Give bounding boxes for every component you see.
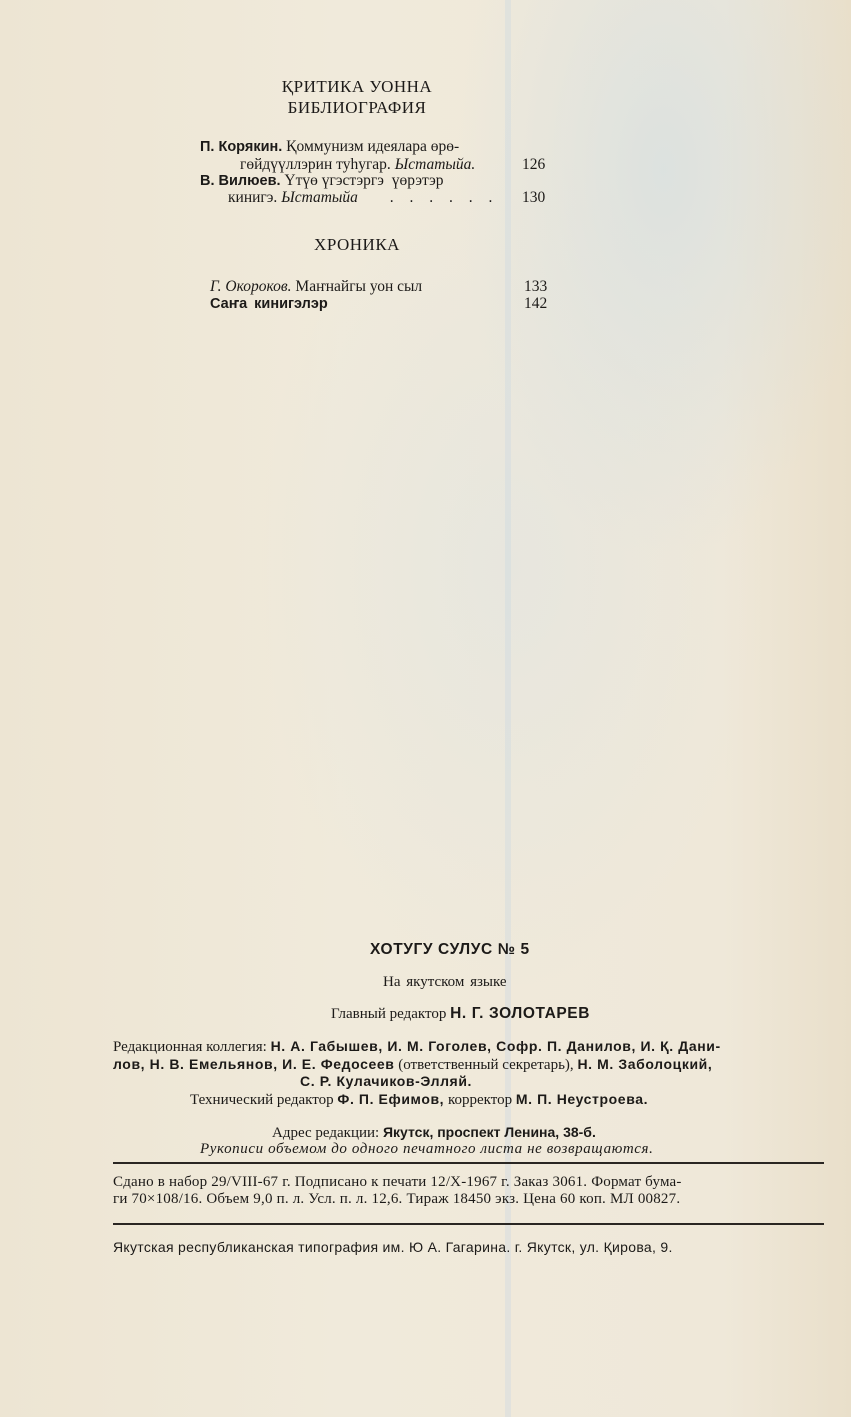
magazine-title: ХОТУГУ СУЛУС № 5 (370, 941, 530, 959)
toc-author: П. Корякин. (200, 139, 282, 155)
address-label: Адрес редакции: (272, 1125, 379, 1141)
chief-editor-line: Главный редактор Н. Г. ЗОЛОТАРЕВ (331, 1005, 590, 1023)
address-value: Якутск, проспект Ленина, 38-б. (383, 1124, 596, 1140)
section-heading-line2: БИБЛИОГРАФИЯ (232, 97, 482, 118)
print-info-line1: Сдано в набор 29/VIII-67 г. Подписано к … (113, 1174, 682, 1191)
toc-author: В. Вилюев. (200, 173, 281, 189)
address-line: Адрес редакции: Якутск, проспект Ленина,… (272, 1124, 596, 1142)
toc-title-cont: гөйдүүллэрин туһугар. (240, 156, 391, 173)
editorial-board-names: Н. М. Заболоцкий, (577, 1056, 712, 1072)
section-heading-chronicle: ХРОНИКА (282, 234, 432, 255)
printer-line: Якутская республиканская типография им. … (113, 1239, 673, 1256)
toc-author: Г. Окороков. (210, 278, 292, 295)
toc-title: Саҥа кинигэлэр (210, 296, 328, 312)
toc-title: Қоммунизм идеялара өрө- (286, 138, 459, 155)
language-note: На якутском языке (383, 974, 507, 991)
chief-editor-label: Главный редактор (331, 1006, 446, 1022)
toc-entry-korjakin-line1: П. Корякин. Қоммунизм идеялара өрө- (200, 138, 459, 156)
toc-page-number: 142 (524, 295, 547, 313)
toc-page-number: 126 (522, 156, 545, 174)
editorial-board-line3: С. Р. Кулачиков-Элляй. (300, 1073, 472, 1090)
tech-editor-name: Ф. П. Ефимов, (337, 1091, 444, 1107)
editorial-board-line1: Редакционная коллегия: Н. А. Габышев, И.… (113, 1038, 833, 1056)
chief-editor-name: Н. Г. ЗОЛОТАРЕВ (450, 1005, 590, 1022)
section-heading-line1: ҚРИТИКА УОННА (232, 76, 482, 97)
print-info-line2: ги 70×108/16. Объем 9,0 п. л. Усл. п. л.… (113, 1191, 680, 1208)
toc-title-cont: кинигэ. (228, 189, 277, 206)
toc-title: Маҥнайгы уон сыл (295, 278, 422, 295)
toc-type: Ыстатыйа. (395, 156, 476, 173)
toc-title: Үтүө үгэстэргэ үөрэтэр (284, 172, 443, 189)
toc-leader-dots: . . . . . . (390, 189, 499, 206)
tech-editor-line: Технический редактор Ф. П. Ефимов, корре… (190, 1091, 648, 1109)
editorial-board-names: лов, Н. В. Емельянов, И. Е. Федосеев (113, 1056, 394, 1072)
corrector-name: М. П. Неустроева. (516, 1091, 648, 1107)
divider-rule (113, 1162, 824, 1164)
toc-type: Ыстатыйа (281, 189, 358, 206)
toc-entry-viljuev-line1: В. Вилюев. Үтүө үгэстэргэ үөрэтэр (200, 172, 444, 190)
editorial-board-line2: лов, Н. В. Емельянов, И. Е. Федосеев (от… (113, 1056, 712, 1074)
toc-entry-okorokov: Г. Окороков. Маҥнайгы уон сыл (210, 278, 422, 296)
corrector-label: корректор (448, 1092, 512, 1108)
tech-editor-label: Технический редактор (190, 1092, 334, 1108)
divider-rule (113, 1223, 824, 1225)
manuscript-note: Рукописи объемом до одного печатного лис… (200, 1141, 653, 1158)
toc-page-number: 130 (522, 189, 545, 207)
editorial-board-label: Редакционная коллегия: (113, 1039, 267, 1055)
section-heading-criticism: ҚРИТИКА УОННА БИБЛИОГРАФИЯ (232, 76, 482, 118)
editorial-board-note: (ответственный секретарь), (398, 1057, 573, 1073)
toc-entry-new-books: Саҥа кинигэлэр (210, 295, 328, 313)
toc-entry-viljuev-line2: кинигэ. Ыстатыйа . . . . . . (228, 189, 498, 207)
toc-page-number: 133 (524, 278, 547, 296)
editorial-board-names: Н. А. Габышев, И. М. Гоголев, Софр. П. Д… (271, 1038, 721, 1054)
